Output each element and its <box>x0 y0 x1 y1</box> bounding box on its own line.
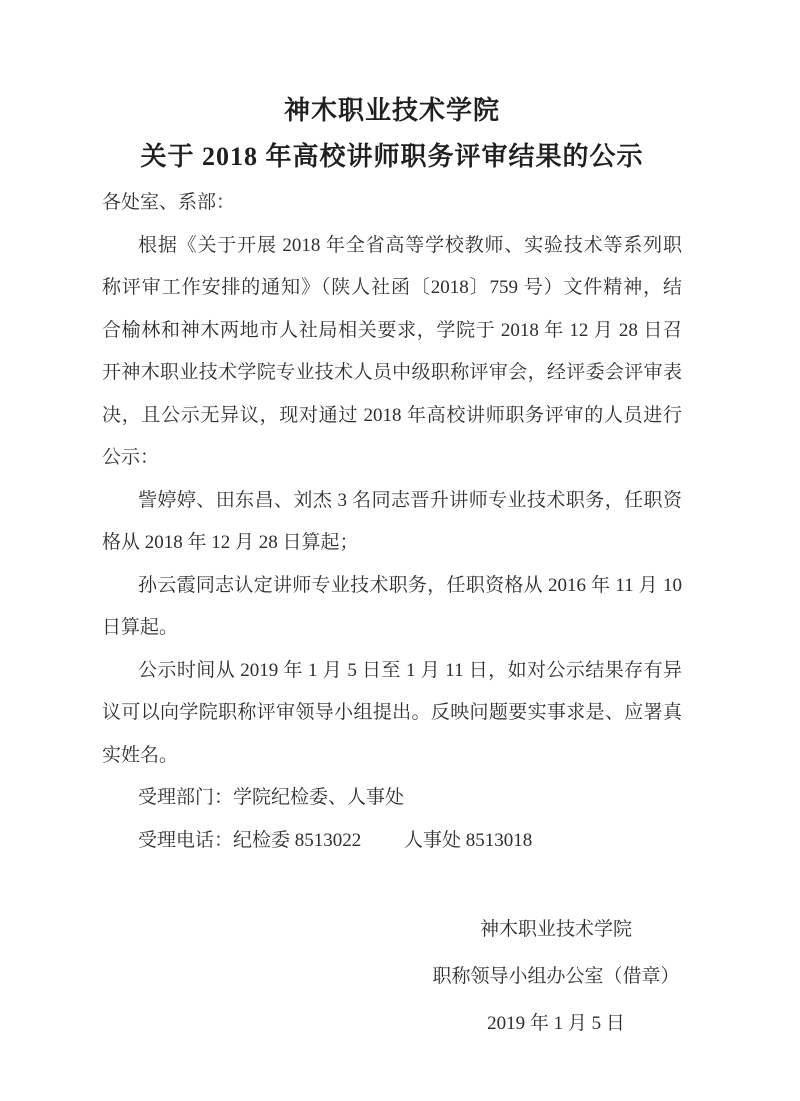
signature-block: 神木职业技术学院 职称领导小组办公室（借章） 2019 年 1 月 5 日 <box>416 906 696 1047</box>
paragraph: 訾婷婷、田东昌、刘杰 3 名同志晋升讲师专业技术职务，任职资 格从 2018 年… <box>102 480 682 565</box>
signature-org: 神木职业技术学院 <box>416 906 696 953</box>
document-body: 各处室、系部： 根据《关于开展 2018 年全省高等学校教师、实验技术等系列职 … <box>102 182 682 862</box>
paragraph: 孙云霞同志认定讲师专业技术职务，任职资格从 2016 年 11 月 10 日算起… <box>102 565 682 650</box>
signature-office: 职称领导小组办公室（借章） <box>416 953 696 1000</box>
paragraph-line: 决，且公示无异议，现对通过 2018 年高校讲师职务评审的人员进行 <box>102 395 682 438</box>
contact-department-line: 受理部门：学院纪检委、人事处 <box>102 777 682 820</box>
signature-date: 2019 年 1 月 5 日 <box>416 1000 696 1047</box>
paragraph-line: 公示： <box>102 437 682 480</box>
document-page: 神木职业技术学院 关于 2018 年高校讲师职务评审结果的公示 各处室、系部： … <box>0 0 800 1101</box>
paragraph: 根据《关于开展 2018 年全省高等学校教师、实验技术等系列职 称评审工作安排的… <box>102 225 682 480</box>
document-subtitle: 关于 2018 年高校讲师职务评审结果的公示 <box>102 138 682 176</box>
paragraph-line: 公示时间从 2019 年 1 月 5 日至 1 月 11 日，如对公示结果存有异 <box>102 650 682 693</box>
document-content: 神木职业技术学院 关于 2018 年高校讲师职务评审结果的公示 各处室、系部： … <box>102 0 682 1047</box>
paragraph-line: 孙云霞同志认定讲师专业技术职务，任职资格从 2016 年 11 月 10 <box>102 565 682 608</box>
paragraph: 公示时间从 2019 年 1 月 5 日至 1 月 11 日，如对公示结果存有异… <box>102 650 682 778</box>
paragraph-line: 訾婷婷、田东昌、刘杰 3 名同志晋升讲师专业技术职务，任职资 <box>102 480 682 523</box>
document-title: 神木职业技术学院 <box>102 92 682 130</box>
paragraph-line: 根据《关于开展 2018 年全省高等学校教师、实验技术等系列职 <box>102 225 682 268</box>
paragraph-line: 实姓名。 <box>102 735 682 778</box>
paragraph-line: 议可以向学院职称评审领导小组提出。反映问题要实事求是、应署真 <box>102 692 682 735</box>
salutation-line: 各处室、系部： <box>102 182 682 225</box>
paragraph-line: 日算起。 <box>102 607 682 650</box>
paragraph-line: 合榆林和神木两地市人社局相关要求，学院于 2018 年 12 月 28 日召 <box>102 310 682 353</box>
paragraph-line: 格从 2018 年 12 月 28 日算起； <box>102 522 682 565</box>
contact-phone-line: 受理电话：纪检委 8513022 人事处 8513018 <box>102 820 682 863</box>
paragraph-line: 称评审工作安排的通知》（陕人社函〔2018〕759 号）文件精神，结 <box>102 267 682 310</box>
paragraph-line: 开神木职业技术学院专业技术人员中级职称评审会，经评委会评审表 <box>102 352 682 395</box>
